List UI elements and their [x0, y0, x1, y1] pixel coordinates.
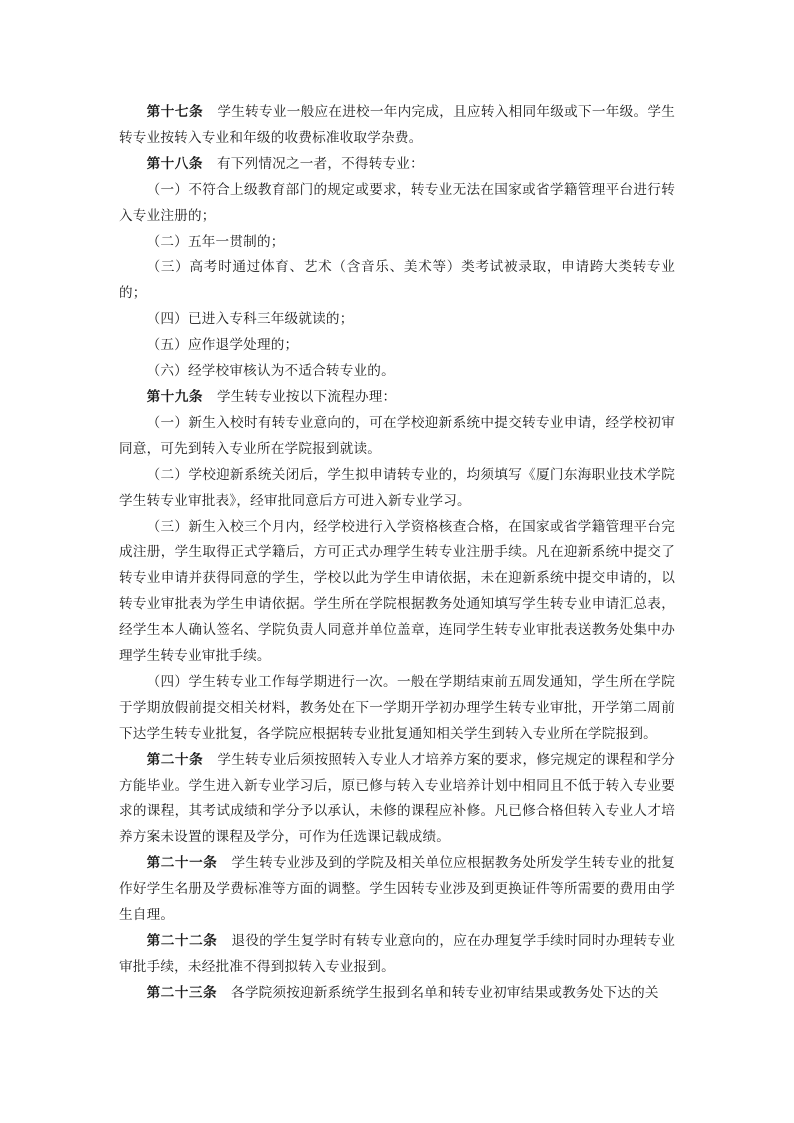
list-item: （六）经学校审核认为不适合转专业的。	[119, 359, 675, 385]
list-item: （四）已进入专科三年级就读的；	[119, 307, 675, 333]
list-item: （二）五年一贯制的；	[119, 230, 675, 256]
article-body: 有下列情况之一者，不得转专业：	[217, 156, 424, 172]
article-heading: 第二十条	[147, 752, 204, 768]
article-heading: 第二十一条	[147, 855, 218, 871]
article-body: 各学院须按迎新系统学生报到名单和转专业初审结果或教务处下达的关	[231, 985, 659, 1001]
article-heading: 第十八条	[147, 156, 203, 172]
document-page: 第十七条学生转专业一般应在进校一年内完成，且应转入相同年级或下一年级。学生转专业…	[119, 100, 675, 1007]
article-23: 第二十三条各学院须按迎新系统学生报到名单和转专业初审结果或教务处下达的关	[119, 981, 675, 1007]
article-heading: 第二十三条	[147, 985, 217, 1001]
list-item: （一）不符合上级教育部门的规定或要求，转专业无法在国家或省学籍管理平台进行转入专…	[119, 178, 675, 230]
article-18: 第十八条有下列情况之一者，不得转专业：	[119, 152, 675, 178]
list-item: （三）新生入校三个月内，经学校进行入学资格核查合格，在国家或省学籍管理平台完成注…	[119, 515, 675, 670]
article-19: 第十九条学生转专业按以下流程办理：	[119, 385, 675, 411]
article-heading: 第十七条	[147, 104, 204, 120]
article-body: 学生转专业按以下流程办理：	[217, 389, 396, 405]
list-item: （三）高考时通过体育、艺术（含音乐、美术等）类考试被录取，申请跨大类转专业的；	[119, 255, 675, 307]
article-20: 第二十条学生转专业后须按照转入专业人才培养方案的要求，修完规定的课程和学分方能毕…	[119, 748, 675, 852]
list-item: （二）学校迎新系统关闭后，学生拟申请转专业的，均须填写《厦门东海职业技术学院学生…	[119, 463, 675, 515]
article-heading: 第十九条	[147, 389, 203, 405]
article-heading: 第二十二条	[147, 933, 218, 949]
list-item: （四）学生转专业工作每学期进行一次。一般在学期结束前五周发通知，学生所在学院于学…	[119, 670, 675, 748]
article-21: 第二十一条学生转专业涉及到的学院及相关单位应根据教务处所发学生转专业的批复作好学…	[119, 851, 675, 929]
list-item: （五）应作退学处理的；	[119, 333, 675, 359]
article-22: 第二十二条退役的学生复学时有转专业意向的，应在办理复学手续时同时办理转专业审批手…	[119, 929, 675, 981]
list-item: （一）新生入校时有转专业意向的，可在学校迎新系统中提交转专业申请，经学校初审同意…	[119, 411, 675, 463]
article-17: 第十七条学生转专业一般应在进校一年内完成，且应转入相同年级或下一年级。学生转专业…	[119, 100, 675, 152]
